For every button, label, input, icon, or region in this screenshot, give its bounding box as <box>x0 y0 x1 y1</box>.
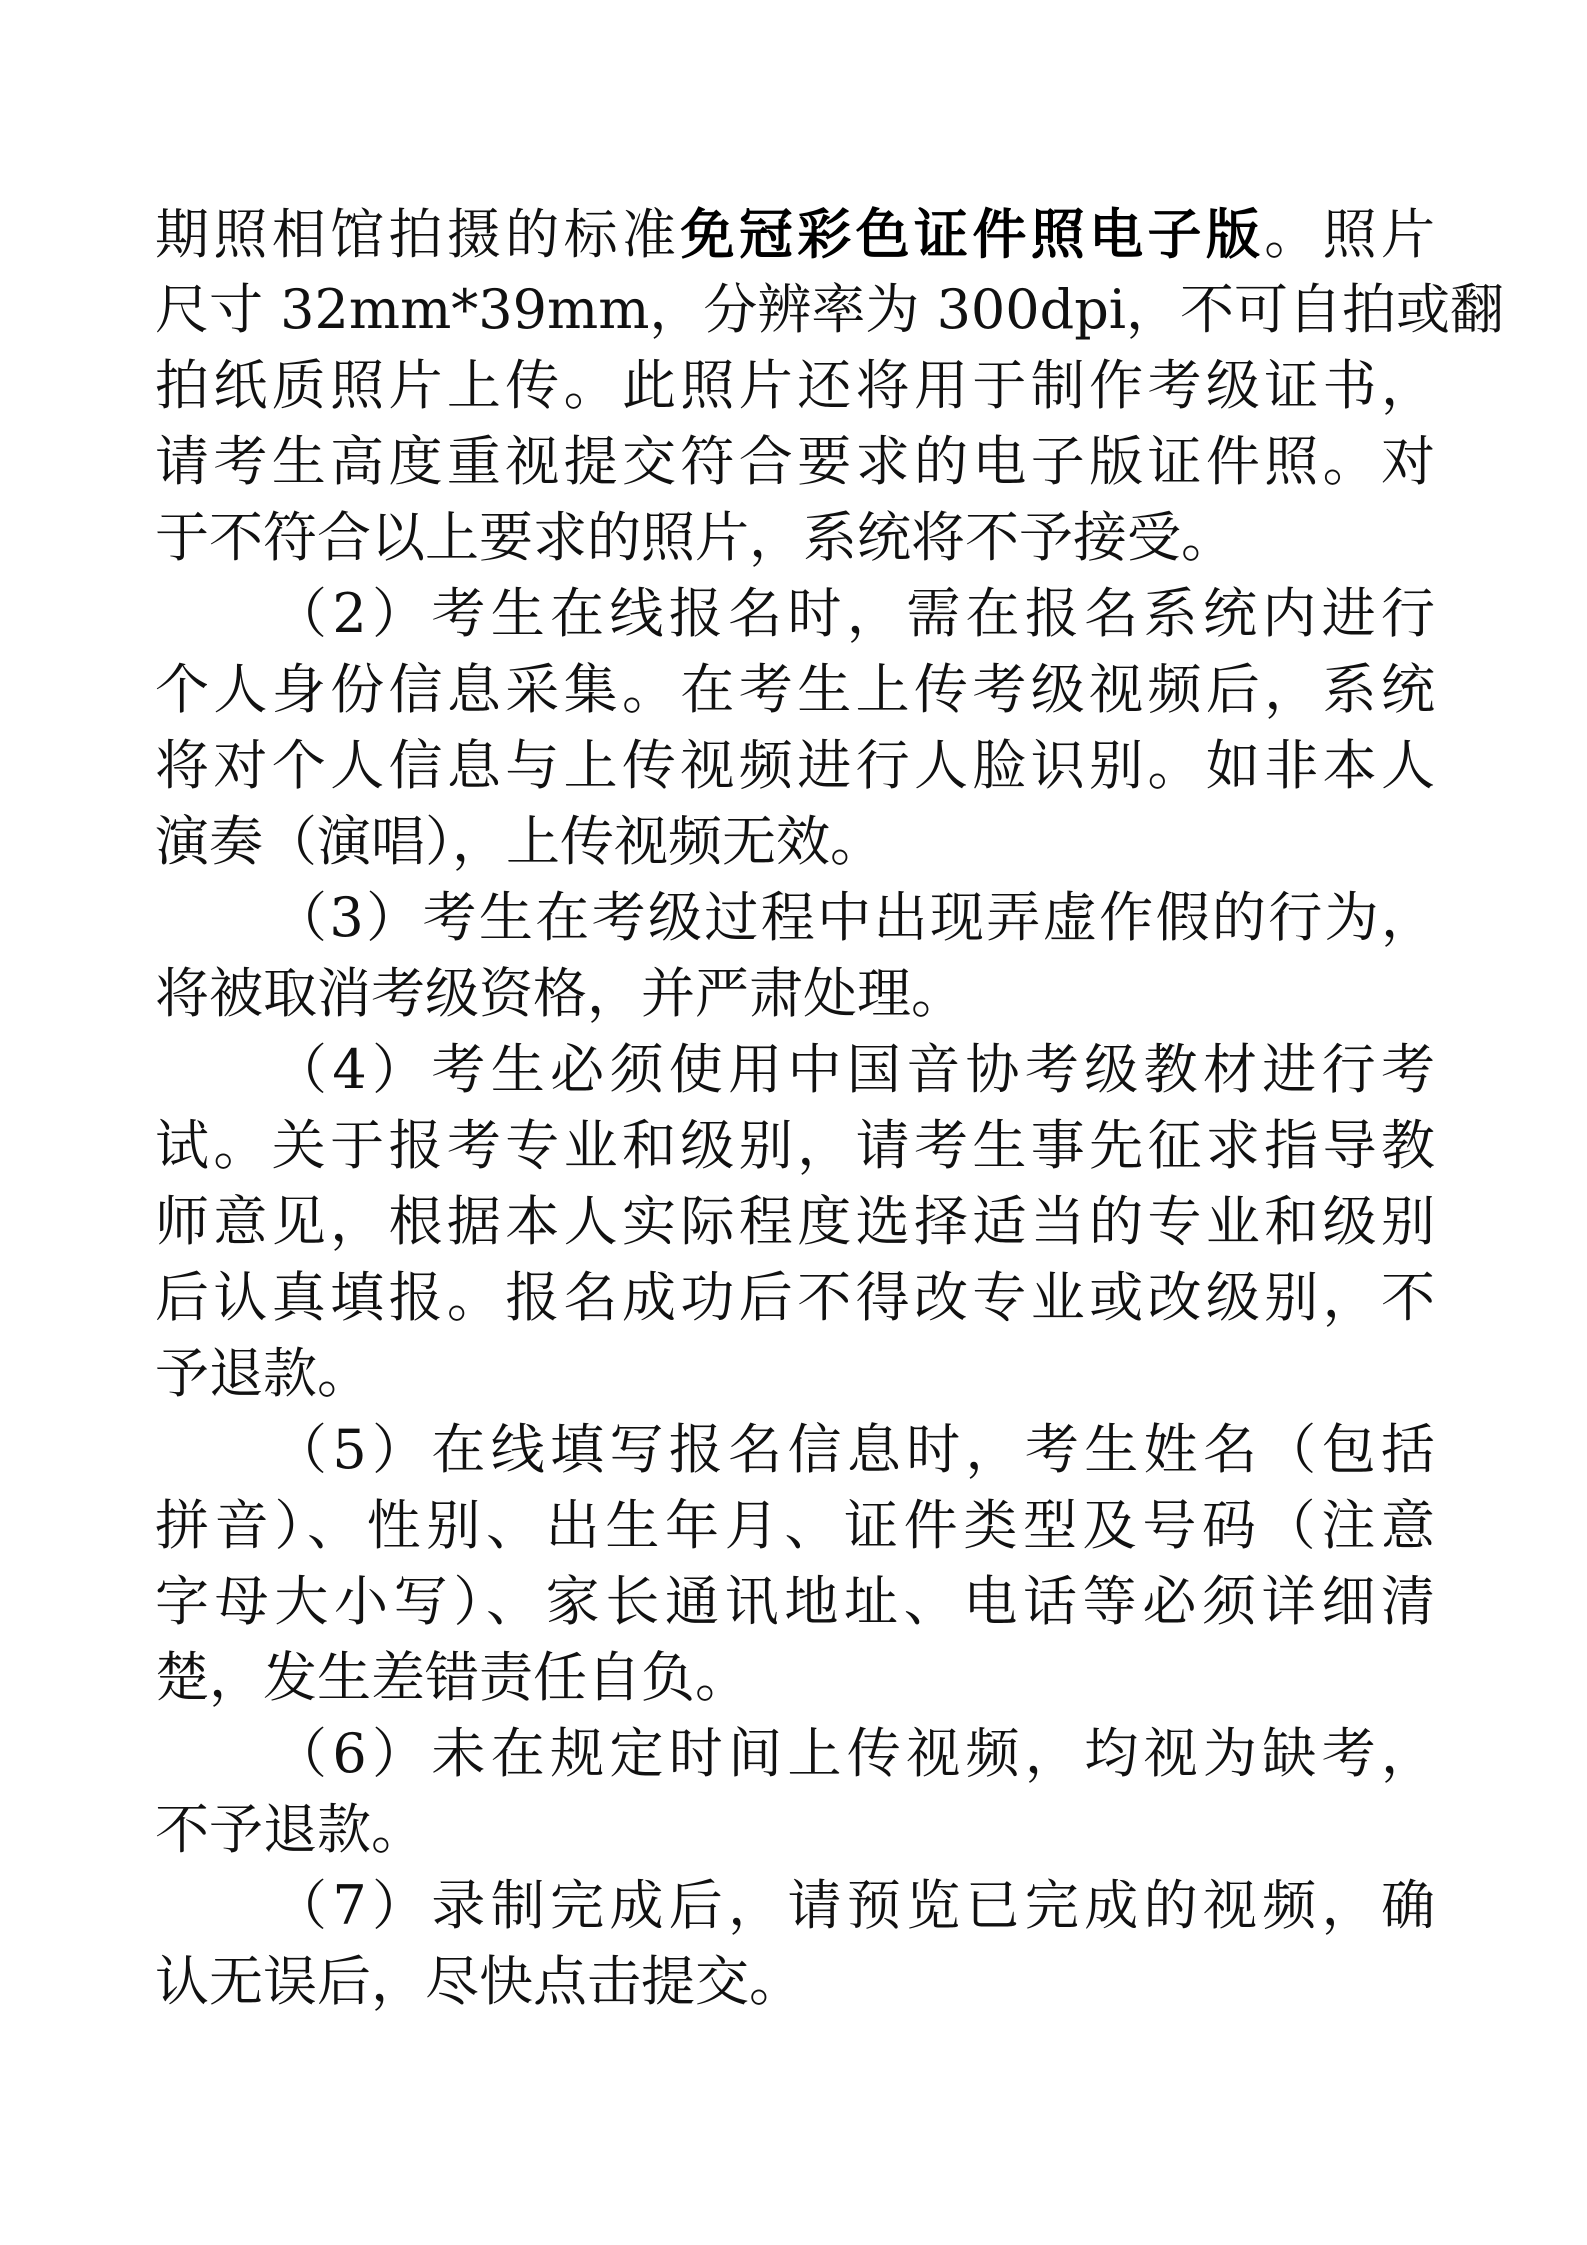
paragraph-first-line: （2）考生在线报名时，需在报名系统内进行 <box>155 576 1435 652</box>
text-segment: （7）录制完成后，请预览已完成的视频，确 <box>273 1874 1435 1937</box>
text-line: 于不符合以上要求的照片，系统将不予接受。 <box>155 500 1435 576</box>
text-segment: （6）未在规定时间上传视频，均视为缺考， <box>273 1722 1435 1785</box>
text-segment: 不予退款。 <box>155 1798 425 1861</box>
paragraph-first-line: （4）考生必须使用中国音协考级教材进行考 <box>155 1032 1435 1108</box>
paragraph-first-line: （6）未在规定时间上传视频，均视为缺考， <box>155 1716 1435 1792</box>
text-line: 认无误后，尽快点击提交。 <box>155 1944 1435 2020</box>
text-line: 不予退款。 <box>155 1792 1435 1868</box>
text-line: 试。关于报考专业和级别，请考生事先征求指导教 <box>155 1108 1435 1184</box>
text-line: 演奏（演唱），上传视频无效。 <box>155 804 1435 880</box>
text-line: 个人身份信息采集。在考生上传考级视频后，系统 <box>155 652 1435 728</box>
text-segment: 。照片 <box>1264 203 1435 266</box>
text-line: 拍纸质照片上传。此照片还将用于制作考级证书， <box>155 348 1435 424</box>
text-line: 期照相馆拍摄的标准免冠彩色证件照电子版。照片 <box>155 196 1435 272</box>
text-segment: 尺寸 32mm*39mm，分辨率为 300dpi，不可自拍或翻 <box>155 278 1504 341</box>
text-segment: 后认真填报。报名成功后不得改专业或改级别，不 <box>155 1266 1435 1329</box>
text-line: 予退款。 <box>155 1336 1435 1412</box>
document-page: 期照相馆拍摄的标准免冠彩色证件照电子版。照片尺寸 32mm*39mm，分辨率为 … <box>155 196 1435 2020</box>
text-segment: （4）考生必须使用中国音协考级教材进行考 <box>273 1038 1435 1101</box>
text-line: 字母大小写）、家长通讯地址、电话等必须详细清 <box>155 1564 1435 1640</box>
text-segment: 将被取消考级资格，并严肃处理。 <box>155 962 965 1025</box>
text-segment: 演奏（演唱），上传视频无效。 <box>155 810 884 873</box>
paragraph-first-line: （5）在线填写报名信息时，考生姓名（包括 <box>155 1412 1435 1488</box>
paragraph-first-line: （7）录制完成后，请预览已完成的视频，确 <box>155 1868 1435 1944</box>
text-segment: 将对个人信息与上传视频进行人脸识别。如非本人 <box>155 734 1435 797</box>
text-segment: 字母大小写）、家长通讯地址、电话等必须详细清 <box>155 1570 1435 1633</box>
text-line: 楚，发生差错责任自负。 <box>155 1640 1435 1716</box>
text-line: 请考生高度重视提交符合要求的电子版证件照。对 <box>155 424 1435 500</box>
text-line: 后认真填报。报名成功后不得改专业或改级别，不 <box>155 1260 1435 1336</box>
text-line: 拼音）、性别、出生年月、证件类型及号码（注意 <box>155 1488 1435 1564</box>
text-segment: 试。关于报考专业和级别，请考生事先征求指导教 <box>155 1114 1435 1177</box>
text-line: 将被取消考级资格，并严肃处理。 <box>155 956 1435 1032</box>
text-segment: 予退款。 <box>155 1342 371 1405</box>
text-line: 将对个人信息与上传视频进行人脸识别。如非本人 <box>155 728 1435 804</box>
text-segment: 师意见，根据本人实际程度选择适当的专业和级别 <box>155 1190 1435 1253</box>
text-segment: 期照相馆拍摄的标准 <box>155 203 680 266</box>
text-segment: 楚，发生差错责任自负。 <box>155 1646 749 1709</box>
text-segment: （2）考生在线报名时，需在报名系统内进行 <box>273 582 1435 645</box>
text-segment: 拍纸质照片上传。此照片还将用于制作考级证书， <box>155 354 1435 417</box>
text-segment: 请考生高度重视提交符合要求的电子版证件照。对 <box>155 430 1435 493</box>
text-segment: 认无误后，尽快点击提交。 <box>155 1950 803 2013</box>
text-segment: （5）在线填写报名信息时，考生姓名（包括 <box>273 1418 1435 1481</box>
emphasized-text: 免冠彩色证件照电子版 <box>680 202 1264 266</box>
text-segment: 个人身份信息采集。在考生上传考级视频后，系统 <box>155 658 1435 721</box>
text-line: 尺寸 32mm*39mm，分辨率为 300dpi，不可自拍或翻 <box>155 272 1435 348</box>
text-segment: 拼音）、性别、出生年月、证件类型及号码（注意 <box>155 1494 1435 1557</box>
paragraph-first-line: （3）考生在考级过程中出现弄虚作假的行为， <box>155 880 1435 956</box>
text-line: 师意见，根据本人实际程度选择适当的专业和级别 <box>155 1184 1435 1260</box>
text-segment: （3）考生在考级过程中出现弄虚作假的行为， <box>273 886 1435 949</box>
text-segment: 于不符合以上要求的照片，系统将不予接受。 <box>155 506 1235 569</box>
